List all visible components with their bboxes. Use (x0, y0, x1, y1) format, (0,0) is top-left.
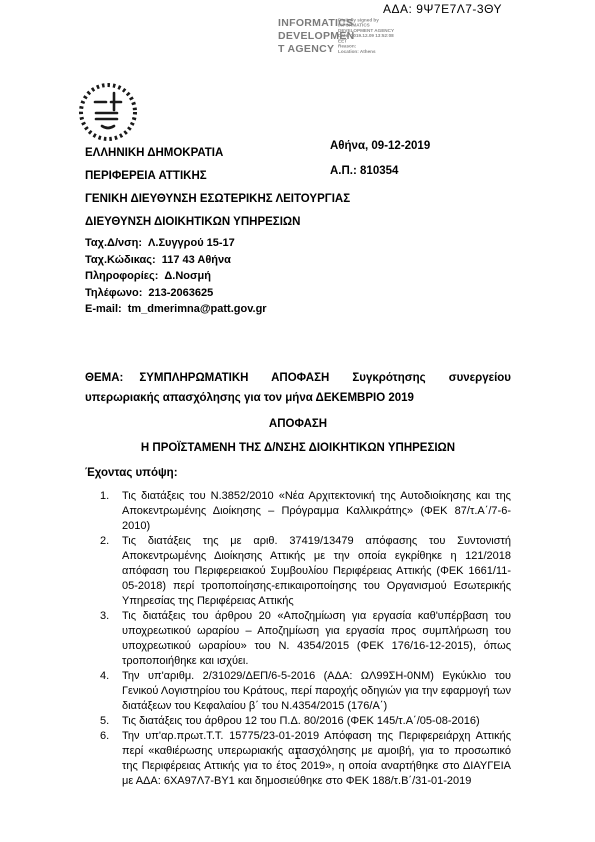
authority-heading: Η ΠΡΟΪΣΤΑΜΕΝΗ ΤΗΣ Δ/ΝΣΗΣ ΔΙΟΙΚΗΤΙΚΩΝ ΥΠΗ… (85, 441, 511, 456)
list-item-number: 3. (100, 609, 122, 669)
postal-address-row: Ταχ.Δ/νση:Λ.Συγγρού 15-17 (85, 235, 359, 252)
ada-registration-code: ΑΔΑ: 9Ψ7Ε7Λ7-3ΘΥ (383, 2, 502, 16)
list-item-text: Τις διατάξεις του άρθρου 20 «Αποζημίωση … (122, 609, 511, 669)
list-item: 4. Την υπ'αριθμ. 2/31029/ΔΕΠ/6-5-2016 (Α… (85, 669, 511, 714)
list-item-number: 2. (100, 534, 122, 609)
list-item-text: Τις διατάξεις της με αριθ. 37419/13479 α… (122, 534, 511, 609)
list-item-text: Τις διατάξεις του άρθρου 12 του Π.Δ. 80/… (122, 714, 511, 729)
date-protocol-block: Αθήνα, 09-12-2019 Α.Π.: 810354 (330, 139, 430, 178)
org-line-general-directorate: ΓΕΝΙΚΗ ΔΙΕΥΘΥΝΣΗ ΕΣΩΤΕΡΙΚΗΣ ΛΕΙΤΟΥΡΓΙΑΣ (85, 189, 359, 209)
org-line-directorate: ΔΙΕΥΘΥΝΣΗ ΔΙΟΙΚΗΤΙΚΩΝ ΥΠΗΡΕΣΙΩΝ (85, 212, 359, 232)
protocol-number: Α.Π.: 810354 (330, 164, 430, 178)
list-item: 1. Τις διατάξεις του Ν.3852/2010 «Νέα Αρ… (85, 489, 511, 534)
list-item-number: 5. (100, 714, 122, 729)
list-item: 5. Τις διατάξεις του άρθρου 12 του Π.Δ. … (85, 714, 511, 729)
list-item: 2. Τις διατάξεις της με αριθ. 37419/1347… (85, 534, 511, 609)
page-number: 1 (0, 750, 595, 762)
org-line-republic: ΕΛΛΗΝΙΚΗ ΔΗΜΟΚΡΑΤΙΑ (85, 143, 359, 163)
contact-person-row: Πληροφορίες:Δ.Νοσμή (85, 268, 359, 285)
phone-row: Τηλέφωνο:213-2063625 (85, 285, 359, 302)
digital-signature-stamp: INFORMATICS DEVELOPMEN T AGENCY Digitall… (278, 17, 355, 56)
signature-details: Digitally signed by INFORMATICS DEVELOPM… (338, 18, 444, 55)
legal-references-list: 1. Τις διατάξεις του Ν.3852/2010 «Νέα Αρ… (85, 489, 511, 789)
list-item-text: Την υπ'αριθμ. 2/31029/ΔΕΠ/6-5-2016 (ΑΔΑ:… (122, 669, 511, 714)
sender-header: ΕΛΛΗΝΙΚΗ ΔΗΜΟΚΡΑΤΙΑ ΠΕΡΙΦΕΡΕΙΑ ΑΤΤΙΚΗΣ Γ… (85, 143, 359, 318)
preamble-label: Έχοντας υπόψη: (85, 466, 511, 481)
subject-label: ΘΕΜΑ: (85, 372, 139, 384)
list-item-text: Τις διατάξεις του Ν.3852/2010 «Νέα Αρχιτ… (122, 489, 511, 534)
contact-details: Ταχ.Δ/νση:Λ.Συγγρού 15-17 Ταχ.Κώδικας:11… (85, 235, 359, 318)
document-page: ΑΔΑ: 9Ψ7Ε7Λ7-3ΘΥ INFORMATICS DEVELOPMEN … (0, 0, 595, 842)
subject-paragraph: ΘΕΜΑ:ΣΥΜΠΛΗΡΩΜΑΤΙΚΗ ΑΠΟΦΑΣΗ Συγκρότησης … (85, 368, 511, 408)
city-date: Αθήνα, 09-12-2019 (330, 139, 430, 153)
email-row: E-mail:tm_dmerimna@patt.gov.gr (85, 301, 359, 318)
org-line-region: ΠΕΡΙΦΕΡΕΙΑ ΑΤΤΙΚΗΣ (85, 166, 359, 186)
list-item-number: 4. (100, 669, 122, 714)
list-item: 3. Τις διατάξεις του άρθρου 20 «Αποζημίω… (85, 609, 511, 669)
decision-heading: ΑΠΟΦΑΣΗ (85, 417, 511, 432)
postal-code-row: Ταχ.Κώδικας:117 43 Αθήνα (85, 252, 359, 269)
document-body: ΘΕΜΑ:ΣΥΜΠΛΗΡΩΜΑΤΙΚΗ ΑΠΟΦΑΣΗ Συγκρότησης … (85, 368, 511, 789)
subject-text: ΣΥΜΠΛΗΡΩΜΑΤΙΚΗ ΑΠΟΦΑΣΗ Συγκρότησης συνερ… (85, 372, 511, 404)
list-item-number: 1. (100, 489, 122, 534)
greek-coat-of-arms-icon (76, 80, 140, 144)
